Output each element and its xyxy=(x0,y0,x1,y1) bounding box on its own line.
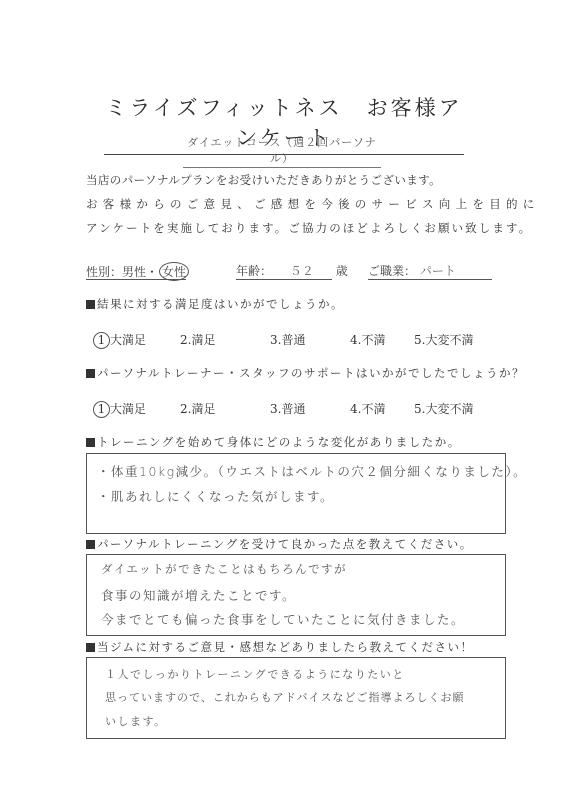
question-3-text: トレーニングを始めて身体にどのような変化がありましたか。 xyxy=(97,435,461,449)
answer-line: １人でしっかりトレーニングできるようになりたいと xyxy=(105,666,405,682)
answer-line: ・肌あれしにくくなった気がします。 xyxy=(97,487,334,505)
square-bullet-icon xyxy=(86,300,95,309)
answer-line: いします。 xyxy=(105,713,167,729)
question-2: パーソナルトレーナー・スタッフのサポートはいかがでしたでしょうか？ xyxy=(86,365,525,381)
age-field[interactable]: 年齢： ５２ 歳 xyxy=(236,262,332,280)
q1-option-1[interactable]: 1大満足 xyxy=(96,331,146,349)
q2-option-3[interactable]: 3.普通 xyxy=(270,400,305,417)
answer-line: ・体重10kg減少。（ウエストはベルトの穴２個分細くなりました）。 xyxy=(97,462,527,480)
question-5-text: 当ジムに対するご意見・感想などありましたら教えてください！ xyxy=(97,640,474,654)
question-5-answer-box[interactable]: １人でしっかりトレーニングできるようになりたいと 思っていますので、これからもア… xyxy=(86,657,506,739)
q2-option-4[interactable]: 4.不満 xyxy=(350,400,385,417)
intro-line-2: お客様からのご意見、ご感想を今後のサービス向上を目的に xyxy=(86,196,540,212)
occupation-label: ご職業： xyxy=(368,264,416,278)
answer-line: 思っていますので、これからもアドバイスなどご指導よろしくお願 xyxy=(105,689,464,705)
question-1: 結果に対する満足度はいかがでしょうか。 xyxy=(86,296,344,312)
q2-option-5[interactable]: 5.大変不満 xyxy=(414,400,473,417)
gender-field[interactable]: 性別：男性・女性 xyxy=(86,262,186,280)
q2-option-2[interactable]: 2.満足 xyxy=(180,400,215,417)
question-1-text: 結果に対する満足度はいかがでしょうか。 xyxy=(97,297,344,311)
occupation-field[interactable]: ご職業： パート xyxy=(368,262,492,280)
q1-option-2[interactable]: 2.満足 xyxy=(180,331,215,348)
q1-option-4[interactable]: 4.不満 xyxy=(350,331,385,348)
selected-circle-icon: 1 xyxy=(93,332,110,349)
gender-selected-circle[interactable]: 女性 xyxy=(159,262,189,281)
age-unit: 歳 xyxy=(336,264,348,278)
q1-option-3[interactable]: 3.普通 xyxy=(270,331,305,348)
question-3-answer-box[interactable]: ・体重10kg減少。（ウエストはベルトの穴２個分細くなりました）。 ・肌あれしに… xyxy=(86,453,506,534)
question-4: パーソナルトレーニングを受けて良かった点を教えてください。 xyxy=(86,536,473,552)
answer-line: 今までとても偏った食事をしていたことに気付きました。 xyxy=(101,610,465,628)
answer-line: ダイエットができたことはもちろんですが xyxy=(101,561,347,577)
question-2-text: パーソナルトレーナー・スタッフのサポートはいかがでしたでしょうか？ xyxy=(97,366,525,380)
age-label: 年齢： xyxy=(236,264,272,278)
square-bullet-icon xyxy=(86,369,95,378)
question-4-answer-box[interactable]: ダイエットができたことはもちろんですが 食事の知識が増えたことです。 今までとて… xyxy=(86,554,506,636)
q1-option-5[interactable]: 5.大変不満 xyxy=(414,331,473,348)
intro-line-3: アンケートを実施しております。ご協力のほどよろしくお願い致します。 xyxy=(86,220,532,236)
answer-line: 食事の知識が増えたことです。 xyxy=(101,586,296,604)
square-bullet-icon xyxy=(86,438,95,447)
square-bullet-icon xyxy=(86,540,95,549)
selected-circle-icon: 1 xyxy=(93,401,110,418)
intro-line-1: 当店のパーソナルプランをお受けいただきありがとうございます。 xyxy=(86,172,441,188)
question-4-text: パーソナルトレーニングを受けて良かった点を教えてください。 xyxy=(97,537,473,551)
age-value: ５２ xyxy=(290,264,314,278)
square-bullet-icon xyxy=(86,643,95,652)
gender-label: 性別：男性・ xyxy=(86,265,158,279)
question-3: トレーニングを始めて身体にどのような変化がありましたか。 xyxy=(86,434,461,450)
question-5: 当ジムに対するご意見・感想などありましたら教えてください！ xyxy=(86,639,474,655)
course-subtitle: ダイエットコース（週２回パーソナル） xyxy=(183,134,381,168)
occupation-value: パート xyxy=(420,264,456,278)
q2-option-1[interactable]: 1大満足 xyxy=(96,400,146,418)
